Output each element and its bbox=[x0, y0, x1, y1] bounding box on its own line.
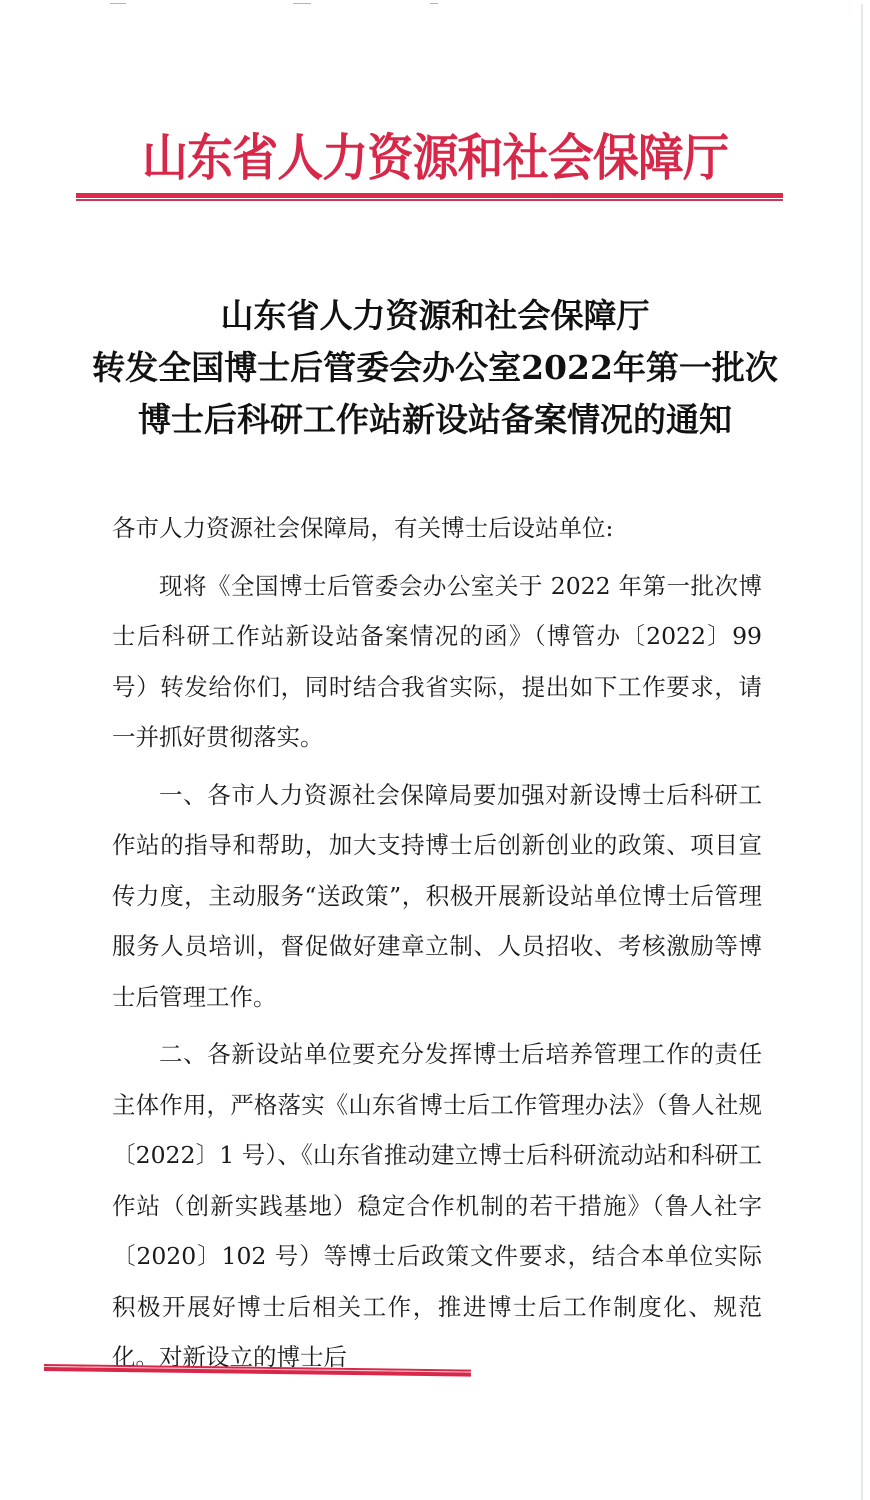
page-edge-line bbox=[861, 4, 863, 1500]
body-paragraph-2: 二、各新设站单位要充分发挥博士后培养管理工作的责任主体作用，严格落实《山东省博士… bbox=[112, 1029, 762, 1383]
salutation: 各市人力资源社会保障局，有关博士后设站单位: bbox=[112, 503, 762, 554]
title-line-1: 山东省人力资源和社会保障厅 bbox=[0, 290, 870, 342]
letterhead-org-name: 山东省人力资源和社会保障厅 bbox=[35, 122, 835, 194]
title-line-3: 博士后科研工作站新设站备案情况的通知 bbox=[0, 394, 870, 446]
title-line-2: 转发全国博士后管委会办公室2022年第一批次 bbox=[0, 342, 870, 394]
letterhead-rule-thin bbox=[76, 199, 783, 201]
document-title: 山东省人力资源和社会保障厅 转发全国博士后管委会办公室2022年第一批次 博士后… bbox=[0, 290, 870, 446]
body-paragraph-1: 一、各市人力资源社会保障局要加强对新设博士后科研工作站的指导和帮助，加大支持博士… bbox=[112, 770, 762, 1023]
body-paragraph-intro: 现将《全国博士后管委会办公室关于 2022 年第一批次博士后科研工作站新设站备案… bbox=[112, 561, 762, 763]
scan-top-marks bbox=[0, 3, 870, 7]
letterhead-rule bbox=[76, 193, 783, 201]
document-body: 各市人力资源社会保障局，有关博士后设站单位: 现将《全国博士后管委会办公室关于 … bbox=[112, 503, 762, 1383]
